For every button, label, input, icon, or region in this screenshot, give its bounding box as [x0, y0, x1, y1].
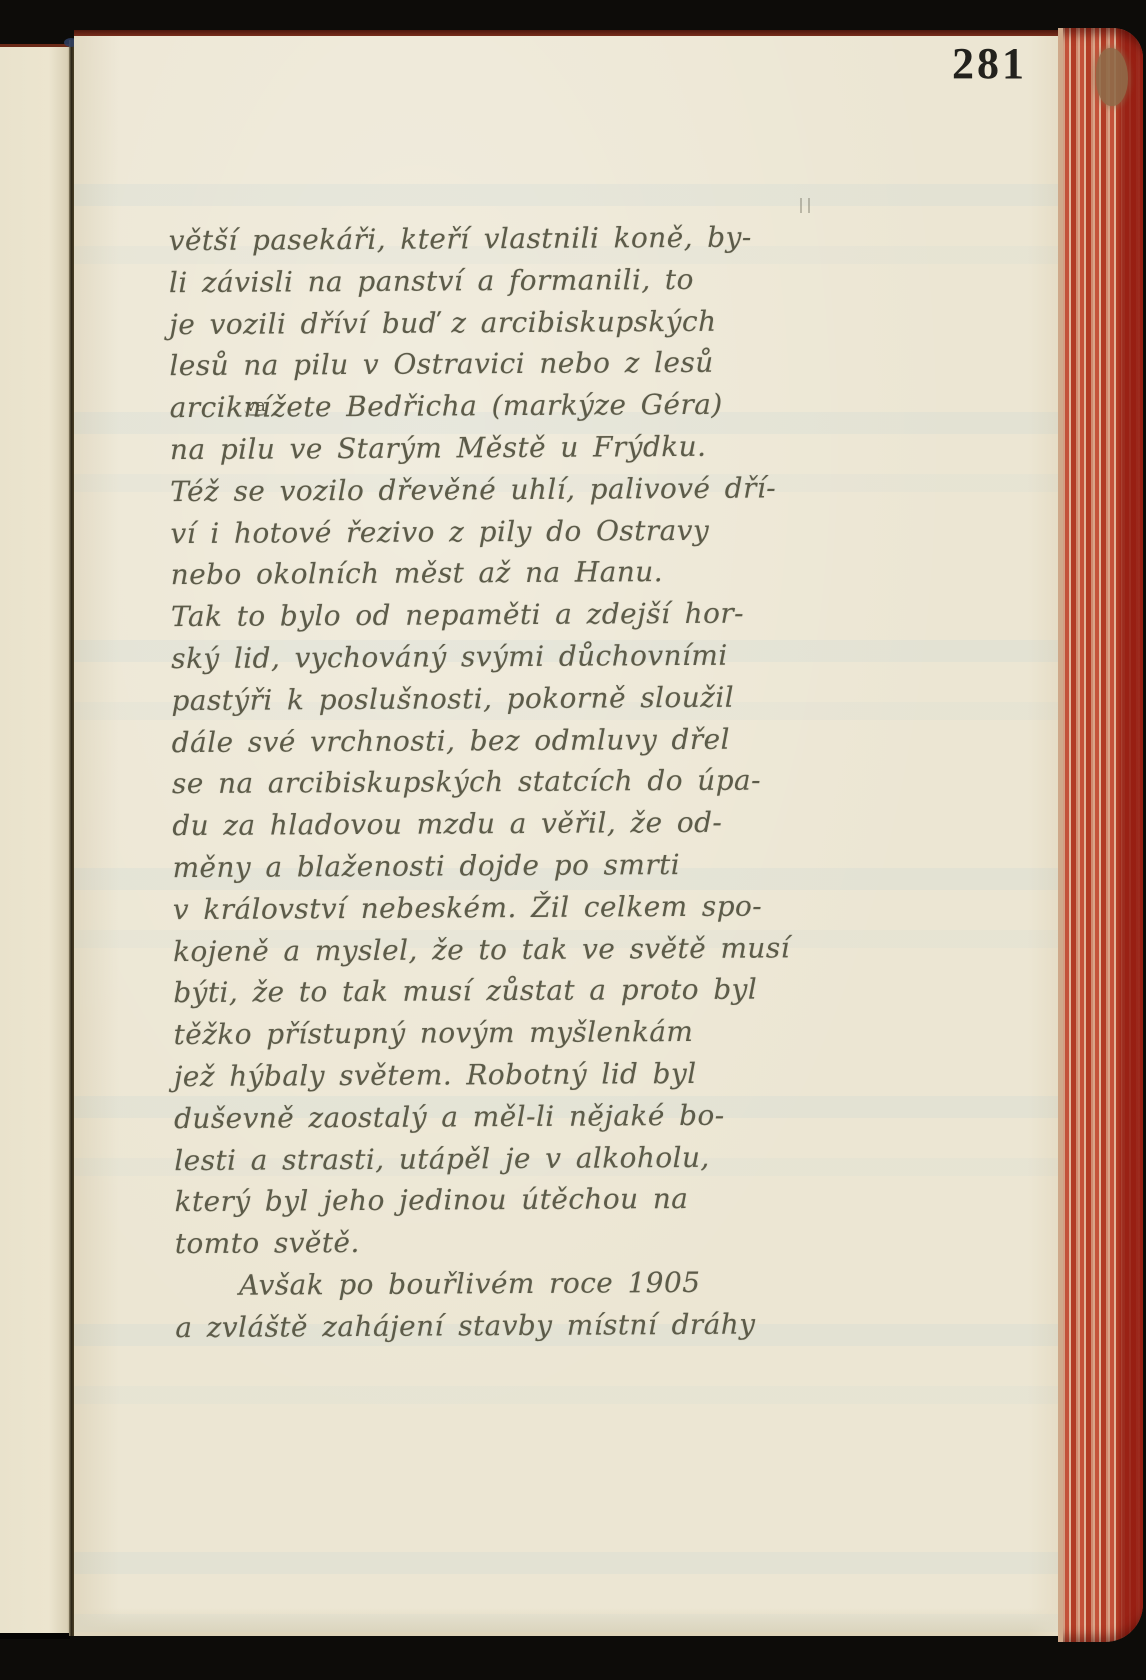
facing-page-sliver: [0, 44, 70, 1633]
manuscript-line: lesti a strasti, utápěl je v alkoholu,: [174, 1135, 874, 1181]
handwritten-text-block: větší pasekáři, kteří vlastnili koně, by…: [169, 216, 876, 1349]
manuscript-line: li závisli na panství a formanili, to: [169, 258, 869, 304]
manuscript-line: větší pasekáři, kteří vlastnili koně, by…: [169, 216, 869, 262]
manuscript-line: jež hýbaly světem. Robotný lid byl: [174, 1052, 874, 1098]
manuscript-line: měny a blaženosti dojde po smrti: [172, 843, 872, 889]
manuscript-line: kojeně a myslel, že to tak ve světě musí: [173, 926, 873, 972]
manuscript-line: v království nebeském. Žil celkem spo-: [173, 885, 873, 931]
manuscript-line: arciknížete Bedřicha (markýze Géra): [170, 383, 870, 429]
pencil-stray-marks: [800, 198, 818, 214]
manuscript-line: du za hladovou mzdu a věřil, že od-: [172, 801, 872, 847]
manuscript-line: nebo okolních měst až na Hanu.: [171, 550, 871, 596]
manuscript-line: ský lid, vychováný svými důchovními: [171, 634, 871, 680]
manuscript-line: tomto světě.: [175, 1219, 875, 1265]
manuscript-line: Tak to bylo od nepaměti a zdejší hor-: [171, 592, 871, 638]
manuscript-line: těžko přístupný novým myšlenkám: [173, 1010, 873, 1056]
page-number: 281: [952, 38, 1052, 89]
manuscript-line: pastýři k poslušnosti, pokorně sloužil: [171, 676, 871, 722]
manuscript-line: je vozili dříví buď z arcibiskupských: [169, 299, 869, 345]
manuscript-line: dále své vrchnosti, bez odmluvy dřel: [172, 717, 872, 763]
manuscript-line: ví i hotové řezivo z pily do Ostravy: [170, 508, 870, 554]
manuscript-line: na pilu ve Starým Městě u Frýdku.: [170, 425, 870, 471]
red-fore-edge: [1058, 28, 1143, 1642]
interlinear-insertion: va: [244, 398, 268, 416]
manuscript-line: lesů na pilu v Ostravici nebo z lesů: [169, 341, 869, 387]
book-scan: { "page": { "number": "281", "insertion"…: [0, 0, 1146, 1680]
manuscript-line: Též se vozilo dřevěné uhlí, palivové dří…: [170, 467, 870, 513]
manuscript-line: Avšak po bouřlivém roce 1905: [175, 1261, 875, 1307]
manuscript-line: býti, že to tak musí zůstat a proto byl: [173, 968, 873, 1014]
manuscript-line: který byl jeho jedinou útěchou na: [174, 1177, 874, 1223]
manuscript-line: se na arcibiskupských statcích do úpa-: [172, 759, 872, 805]
manuscript-line: duševně zaostalý a měl-li nějaké bo-: [174, 1094, 874, 1140]
manuscript-line: a zvláště zahájení stavby místní dráhy: [175, 1303, 875, 1349]
corner-wear-mark: [1096, 48, 1128, 106]
